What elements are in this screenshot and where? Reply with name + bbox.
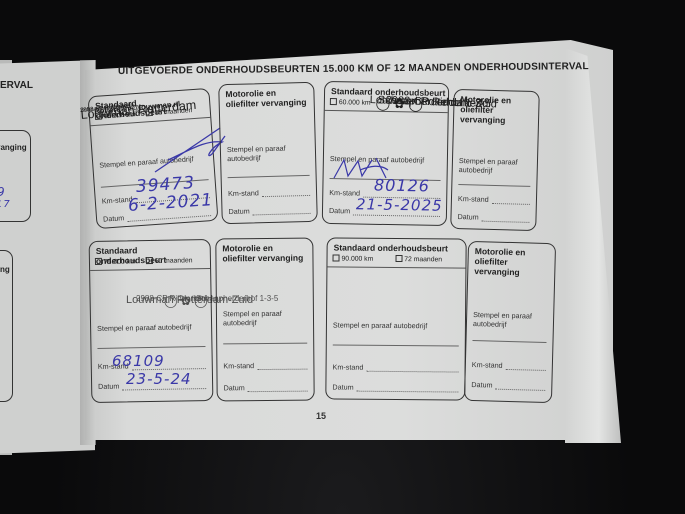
left-page-heading: ERVAL: [0, 80, 33, 91]
date-2: 21-5-2025: [356, 195, 443, 215]
date-field: Datum: [332, 382, 458, 392]
date-field: Datum: [228, 205, 310, 216]
left-page-card-top: vanging 9 17: [0, 130, 31, 222]
km-field: Km-stand: [458, 194, 530, 205]
date-field: Datum: [471, 380, 545, 391]
km-field: Km-stand: [223, 361, 307, 371]
oil-card-1: Motorolie enoliefilter vervanging Stempe…: [218, 82, 318, 224]
checkbox-km[interactable]: [330, 98, 337, 105]
date-field: Datum: [224, 383, 308, 393]
km-reading-3: 68109: [112, 352, 165, 370]
signature-1: [150, 120, 230, 180]
service-card-90000: Standaard onderhoudsbeurt 90.000 km 72 m…: [325, 237, 466, 400]
date-field: Datum: [457, 212, 529, 223]
checkbox-months[interactable]: [146, 257, 153, 264]
page-number: 15: [316, 411, 326, 421]
km-field: Km-stand: [472, 360, 546, 371]
km-field: Km-stand: [333, 362, 459, 372]
km-reading-2: 80126: [374, 176, 430, 196]
maintenance-booklet: ERVAL vanging 9 17 ng UITGEVOERDE ONDERH…: [0, 0, 685, 514]
checkbox-km[interactable]: [95, 258, 102, 265]
checkbox-km[interactable]: [332, 254, 339, 261]
oil-card-3: Motorolie enoliefilter vervanging Stempe…: [215, 238, 314, 402]
checkbox-months[interactable]: [395, 255, 402, 262]
date-3: 23-5-24: [126, 370, 192, 388]
km-field: Km-stand: [228, 187, 310, 198]
left-page-card-bottom: ng: [0, 250, 13, 402]
oil-card-4: Motorolie enoliefilter vervanging Stempe…: [464, 241, 556, 403]
oil-card-2: Motorolie enoliefilter vervanging Stempe…: [450, 89, 540, 231]
